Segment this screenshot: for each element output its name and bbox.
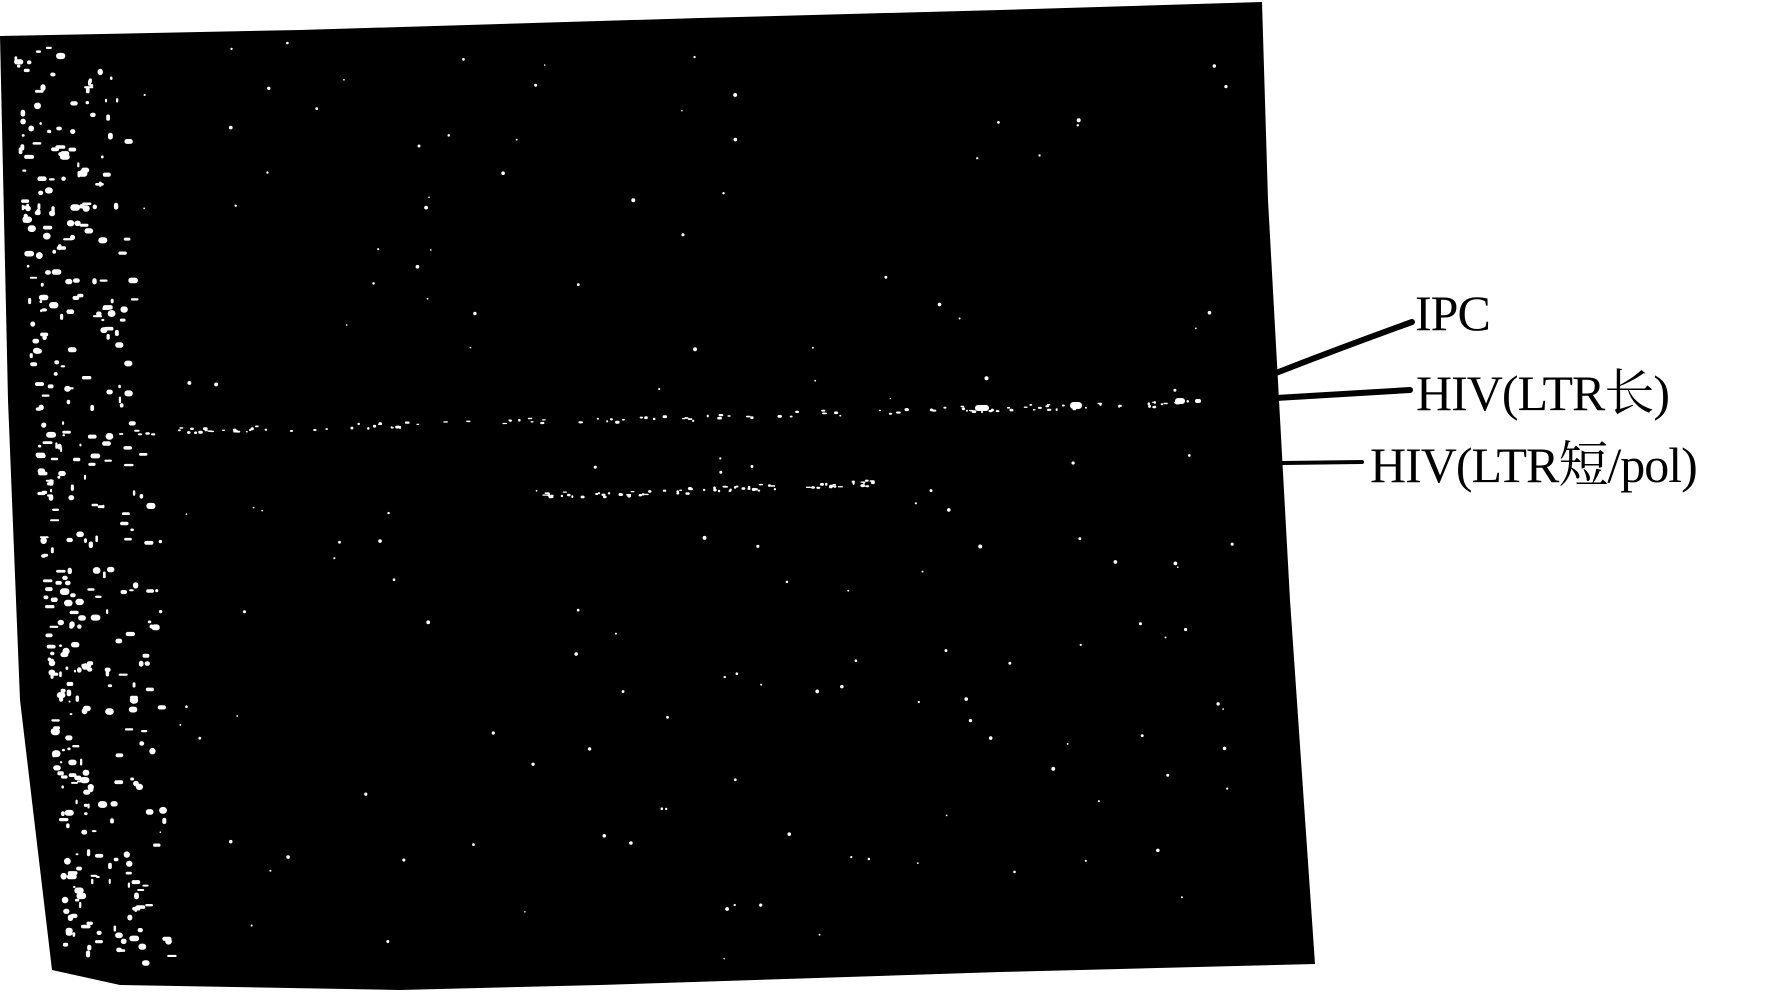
band-label-hiv-ltr-short: HIV(LTR短/pol) — [1370, 440, 1697, 490]
gel-image — [0, 2, 1315, 990]
band-label-ipc: IPC — [1415, 288, 1490, 338]
leader-line-ipc — [1276, 322, 1412, 373]
gel-figure — [0, 0, 1769, 1002]
leader-line-ltr-short — [1282, 462, 1362, 463]
band-label-hiv-ltr-long: HIV(LTR长) — [1416, 368, 1669, 418]
leader-line-ltr-long — [1276, 390, 1410, 398]
